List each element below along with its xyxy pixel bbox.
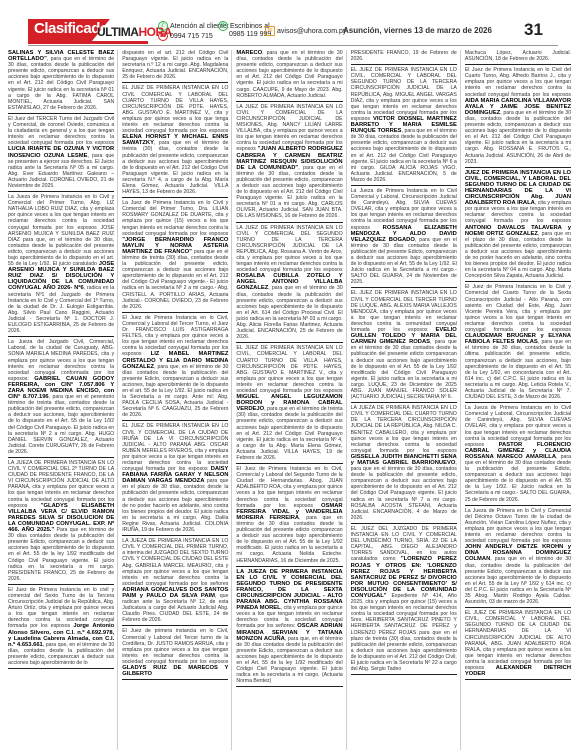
- legal-notice: Machuca López, Actuario Judicial. ASUNCI…: [465, 50, 571, 65]
- legal-notice: La Jueza de Primera Instancia en lo Civi…: [351, 188, 457, 289]
- notice-text: El Juez de Primera Instancia en lo Civil…: [465, 284, 571, 333]
- column-3: MARECO, para que en el término de 30 día…: [236, 50, 346, 750]
- notice-text: dispuesto en el art. 212 del Código Civi…: [122, 50, 228, 80]
- notice-text: , para que en el término de 30 días, con…: [465, 556, 571, 605]
- legal-notice: La Jueza del Juzgado Civil, Comercial, L…: [8, 339, 114, 458]
- notice-names: MARECO: [236, 50, 262, 56]
- notice-names: GISSELLA JUDITH BIANCHETTI SENA y MATIAS…: [351, 454, 457, 466]
- legal-notice: dispuesto en el art. 212 del Código Civi…: [122, 50, 228, 83]
- legal-notice: MARECO, para que en el término de 30 día…: [236, 50, 342, 102]
- legal-notice: EL JUEZ DE PRIMERA INSTANCIA EN LO CIVIL…: [122, 423, 228, 536]
- header-divider: [28, 45, 558, 46]
- legal-notice: JUEZ DE PRIMERA INSTANCIA EN LO CIVIL, C…: [465, 170, 571, 283]
- legal-notice: El Juez de primera instancia en lo Civil…: [122, 628, 228, 680]
- notice-text: , para que en el término de 30 días, con…: [465, 339, 571, 400]
- notice-text: , para que en el término de 30 días cont…: [351, 237, 457, 286]
- notice-text: La Jueza de Primera Instancia en lo Civi…: [8, 194, 114, 267]
- notice-names: GLADYS RUIZ DE MARECOS Y GILBERTO: [122, 665, 228, 677]
- legal-notice: EL JUEZ DE PRIMERA INSTANCIA EN LO CIVIL…: [465, 610, 571, 680]
- notice-text: , para que en el plazo de 30 días, conta…: [465, 231, 571, 280]
- notice-text: , para que en el término de treinta (30)…: [236, 406, 342, 461]
- notice-text: , radica en la secretaría Nº1 del Juzgad…: [8, 285, 114, 334]
- notice-text: , para que en el término de 30 días, con…: [465, 110, 571, 165]
- classifieds-columns: SALINAS Y SILVIA CELESTE BAEZ ORTELLADO"…: [8, 50, 574, 750]
- legal-notice: EL JUEZ DE PRIMERA INSTANCIA EN LO CIVIL…: [122, 85, 228, 198]
- legal-notice: La Juez de Primera Instancia en lo Civil…: [122, 200, 228, 313]
- notice-text: , para que en el perentorio término de t…: [8, 394, 114, 455]
- notice-text: EL JUEZ DE PRIMERA INSTANCIA EN LO CIVIL…: [122, 85, 228, 134]
- notice-text: , para que en el término de 30 días, con…: [8, 56, 114, 111]
- notice-text: El Juez del TERCER Turno del Juzgado Civ…: [8, 116, 114, 146]
- notice-text: EL JUEZ DE PRIMERA INSTANCIA EN LO CIVIL…: [465, 610, 571, 671]
- legal-notice: El Juez de Primera Instancia en lo Civil…: [465, 284, 571, 403]
- notice-text: Expediente Nº 414, Año 2025, cita y empl…: [351, 593, 457, 672]
- notice-text: , para que en término de 30 días contado…: [236, 515, 342, 564]
- notice-text: LA JUEZA DE PRIMERA INSTANCIA EN LO CIVI…: [351, 405, 457, 454]
- legal-notice: El Juez de Primera Instancia en lo civil…: [8, 587, 114, 669]
- legal-notice: SALINAS Y SILVIA CELESTE BAEZ ORTELLADO"…: [8, 50, 114, 114]
- legal-notice: EL JUEZ DEL JUZGADO DE PRIMERA INSTANCIA…: [351, 526, 457, 675]
- legal-notice: La Jueza de Primera Instancia en lo Civi…: [8, 194, 114, 337]
- column-5: Machuca López, Actuario Judicial. ASUNCI…: [465, 50, 574, 750]
- notice-text: para que en el plazo de 30 días, contado…: [122, 478, 228, 533]
- notice-text: , para que en el término de treinta (30)…: [122, 140, 228, 195]
- notice-text: , para que en el término de 30 días, con…: [351, 460, 457, 521]
- notice-text: LA JUEZ DE PRIMERA INSTANCIA EN LO CIVIL…: [236, 104, 342, 153]
- legal-notice: LA JUEZA DE PRIMERA INSTANCIA EN LO CIVI…: [122, 538, 228, 626]
- logo-ultima: ULTIMA: [97, 25, 138, 39]
- notice-text: , para que en el término de 30 días, con…: [236, 285, 342, 340]
- notice-text: , para que, en el término de 30 días con…: [122, 364, 228, 419]
- notice-names: ADRIANA GONCALVES DOS SANTOS PAIM y PAUL…: [122, 587, 228, 599]
- publication-date: Asunción, viernes 13 de marzo de 2026: [343, 26, 492, 35]
- legal-notice: La Jueza de Primera Instancia en lo Civi…: [465, 405, 571, 506]
- legal-notice: LA JUEZA DE PRIMERA INSTANCIA EN LO CIVI…: [8, 460, 114, 585]
- banner-rule: [28, 41, 148, 44]
- notice-text: Machuca López, Actuario Judicial. ASUNCI…: [465, 50, 571, 62]
- notice-text: El Juez de primera instancia en lo Civil…: [122, 628, 228, 664]
- contact1-number: 0994 715 715: [170, 33, 213, 40]
- notice-text: La Jueza de Primera en lo Civil y Comerc…: [465, 508, 571, 544]
- notice-text: LA JUEZA DE PRIMERA INSTANCIA EN LO CIVI…: [122, 538, 228, 587]
- notice-text: La Juez de Primera Instancia en lo Civil…: [122, 200, 228, 236]
- notice-text: EL JUEZ DE PRIMERA INSTANCIA EN LO CIVIL…: [122, 423, 228, 472]
- column-4: PRESIDENTE FRANCO, 19 de Febrero de 2026…: [351, 50, 461, 750]
- notice-text: EL JUEZ DE PRIMERA INSTANCIA EN LO CIVIL…: [351, 67, 457, 122]
- notice-text: , para que en el término de 30 días, con…: [351, 128, 457, 183]
- legal-notice: PRESIDENTE FRANCO, 19 de Febrero de 2026…: [351, 50, 457, 65]
- notice-text: EL JUEZ DE PRIMERA INSTANCIA EN LO CIVIL…: [236, 345, 342, 394]
- contact2-label: Escribinos al: [230, 23, 270, 30]
- legal-notice: LA JUEZA DE PRIMERA INSTANCIA EN LO CIVI…: [351, 405, 457, 524]
- notice-text: , para que en el término de 30 días, con…: [236, 50, 342, 99]
- notice-text: para que en el término de treinta (30) d…: [122, 249, 228, 310]
- notice-text: , para que, en el término de 30 días con…: [236, 636, 342, 685]
- notice-text: LA JUEZ DE PRIMERA INSTANCIA EN LO CIVIL…: [236, 225, 342, 274]
- legal-notice: EL JUEZ DE PRIMERA INSTANCIA EN LO CIVIL…: [236, 345, 342, 464]
- mail-icon: ✉: [265, 26, 275, 36]
- notice-text: , para que se presenten a ejercer sus de…: [8, 153, 114, 189]
- notice-text: El Juez de Primera Instancia en lo Civil…: [465, 67, 571, 97]
- contact2-number: 0985 119 999: [218, 31, 271, 39]
- legal-notice: El Juez del TERCER Turno del Juzgado Civ…: [8, 116, 114, 192]
- legal-notice: El Juez de Primera Instancia en lo Civil…: [465, 67, 571, 168]
- whatsapp-icon: ✆: [218, 21, 228, 31]
- page-number: 31: [524, 20, 543, 40]
- notice-text: PRESIDENTE FRANCO, 19 de Febrero de 2026…: [351, 50, 457, 62]
- legal-notice: LA JUEZ DE PRIMERA INSTANCIA EN LO CIVIL…: [236, 104, 342, 223]
- whatsapp-icon: ✆: [158, 21, 168, 31]
- notice-text: LA JUEZA DE PRIMERA INSTANCIA EN LO CIVI…: [8, 460, 114, 509]
- legal-notice: El Juez de Primera Instancia en lo Civil…: [236, 466, 342, 567]
- column-1: SALINAS Y SILVIA CELESTE BAEZ ORTELLADO"…: [8, 50, 118, 750]
- legal-notice: La Jueza de Primera en lo Civil y Comerc…: [465, 508, 571, 609]
- legal-notice: EL JUEZ DE PRIMERA INSTANCIA EN LO CIVIL…: [351, 67, 457, 186]
- notice-text: , para que en el término de 30 días cont…: [465, 454, 571, 503]
- email-address: avisos@uhora.com.py: [277, 28, 346, 35]
- phone-icon: ☎: [158, 31, 168, 41]
- legal-notice: El Juez de Primera Instancia en lo Civil…: [122, 315, 228, 422]
- page-header: Clasificados ULTIMAHORA ✆Atención al cli…: [0, 0, 580, 50]
- notice-text: , para que en el término de 30 días cont…: [351, 339, 457, 400]
- legal-notice: LA JUEZA DE PRIMERA INSTANCIA EN LO CIVI…: [236, 569, 342, 688]
- notice-text: , para que en el término de 30 días, con…: [236, 165, 342, 220]
- legal-notice: EL JUEZ DE PRIMERA INSTANCIA EN LO CIVIL…: [351, 290, 457, 403]
- column-2: dispuesto en el art. 212 del Código Civi…: [122, 50, 232, 750]
- whatsapp-contact: ✆Escribinos al 0985 119 999: [218, 21, 271, 39]
- notice-text: Para que en término de 30 días contados …: [8, 527, 114, 582]
- legal-notice: LA JUEZ DE PRIMERA INSTANCIA EN LO CIVIL…: [236, 225, 342, 344]
- email-contact: ✉avisos@uhora.com.py: [265, 26, 346, 36]
